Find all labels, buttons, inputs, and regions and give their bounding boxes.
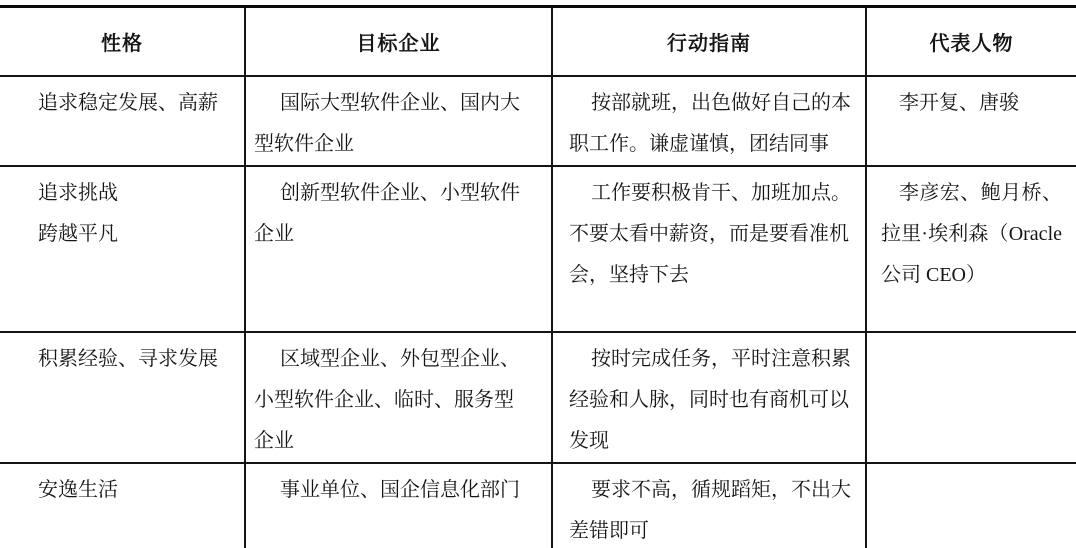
cell-text: [867, 333, 1076, 339]
cell-personality: 追求稳定发展、高薪: [0, 76, 245, 166]
cell-personality: 积累经验、寻求发展: [0, 332, 245, 463]
cell-text: [867, 464, 1076, 470]
cell-text: 李彦宏、鲍月桥、拉里·埃利森（Oracle 公司 CEO）: [867, 167, 1076, 296]
cell-representatives: 李彦宏、鲍月桥、拉里·埃利森（Oracle 公司 CEO）: [866, 166, 1076, 332]
cell-representatives: [866, 463, 1076, 548]
cell-action-guide: 按时完成任务，平时注意积累经验和人脉，同时也有商机可以发现: [552, 332, 866, 463]
cell-action-guide: 工作要积极肯干、加班加点。不要太看中薪资，而是要看准机会，坚持下去: [552, 166, 866, 332]
cell-text: 创新型软件企业、小型软件企业: [246, 167, 551, 255]
cell-text: 安逸生活: [0, 464, 244, 511]
cell-text: 国际大型软件企业、国内大型软件企业: [246, 77, 551, 165]
cell-text: 积累经验、寻求发展: [0, 333, 244, 380]
cell-text: 按时完成任务，平时注意积累经验和人脉，同时也有商机可以发现: [553, 333, 865, 462]
career-personality-table: 性格 目标企业 行动指南 代表人物 追求稳定发展、高薪 国际大型软件企业、国内大…: [0, 5, 1076, 548]
column-header-action-guide: 行动指南: [552, 7, 866, 76]
cell-target-companies: 国际大型软件企业、国内大型软件企业: [245, 76, 552, 166]
cell-representatives: [866, 332, 1076, 463]
cell-text: 工作要积极肯干、加班加点。不要太看中薪资，而是要看准机会，坚持下去: [553, 167, 865, 296]
cell-personality: 追求挑战 跨越平凡: [0, 166, 245, 332]
table-header-row: 性格 目标企业 行动指南 代表人物: [0, 7, 1076, 76]
cell-personality: 安逸生活: [0, 463, 245, 548]
cell-action-guide: 按部就班，出色做好自己的本职工作。谦虚谨慎，团结同事: [552, 76, 866, 166]
cell-target-companies: 区域型企业、外包型企业、小型软件企业、临时、服务型企业: [245, 332, 552, 463]
cell-text: 追求稳定发展、高薪: [0, 77, 244, 124]
column-header-personality: 性格: [0, 7, 245, 76]
table-row: 追求挑战 跨越平凡 创新型软件企业、小型软件企业 工作要积极肯干、加班加点。不要…: [0, 166, 1076, 332]
table-row: 积累经验、寻求发展 区域型企业、外包型企业、小型软件企业、临时、服务型企业 按时…: [0, 332, 1076, 463]
cell-action-guide: 要求不高，循规蹈矩，不出大差错即可: [552, 463, 866, 548]
cell-text: 李开复、唐骏: [867, 77, 1076, 124]
cell-text: 追求挑战 跨越平凡: [0, 167, 244, 255]
cell-target-companies: 创新型软件企业、小型软件企业: [245, 166, 552, 332]
cell-text: 区域型企业、外包型企业、小型软件企业、临时、服务型企业: [246, 333, 551, 462]
cell-text: 事业单位、国企信息化部门: [246, 464, 551, 511]
cell-target-companies: 事业单位、国企信息化部门: [245, 463, 552, 548]
cell-text: 要求不高，循规蹈矩，不出大差错即可: [553, 464, 865, 548]
column-header-representatives: 代表人物: [866, 7, 1076, 76]
cell-text: 按部就班，出色做好自己的本职工作。谦虚谨慎，团结同事: [553, 77, 865, 165]
column-header-target-companies: 目标企业: [245, 7, 552, 76]
cell-representatives: 李开复、唐骏: [866, 76, 1076, 166]
table-row: 安逸生活 事业单位、国企信息化部门 要求不高，循规蹈矩，不出大差错即可: [0, 463, 1076, 548]
table-row: 追求稳定发展、高薪 国际大型软件企业、国内大型软件企业 按部就班，出色做好自己的…: [0, 76, 1076, 166]
